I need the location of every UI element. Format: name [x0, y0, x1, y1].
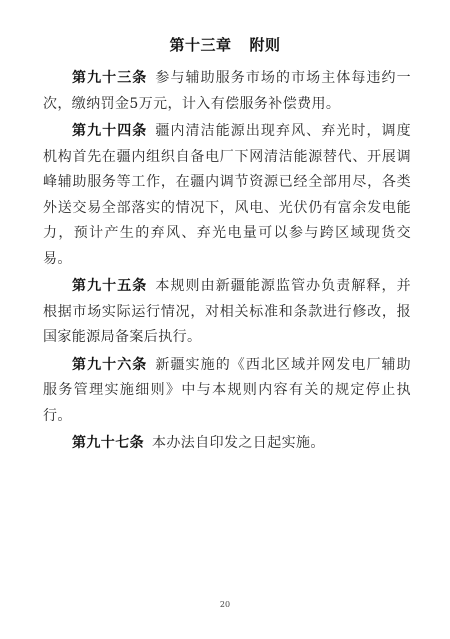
- document-page: 第十三章附则 第九十三条参与辅助服务市场的市场主体每违约一次，缴纳罚金5万元，计…: [0, 0, 450, 639]
- article-text: 本办法自印发之日起实施。: [152, 435, 325, 451]
- chapter-name: 附则: [250, 36, 281, 54]
- chapter-title: 第十三章附则: [0, 34, 450, 55]
- article-97: 第九十七条本办法自印发之日起实施。: [43, 431, 411, 457]
- article-96: 第九十六条新疆实施的《西北区域并网发电厂辅助服务管理实施细则》中与本规则内容有关…: [43, 353, 411, 430]
- article-number: 第九十七条: [72, 435, 144, 451]
- article-text: 疆内清洁能源出现弃风、弃光时，调度机构首先在疆内组织自备电厂下网清洁能源替代、开…: [43, 123, 411, 267]
- article-number: 第九十三条: [72, 70, 147, 86]
- article-95: 第九十五条本规则由新疆能源监管办负责解释，并根据市场实际运行情况，对相关标准和条…: [43, 274, 411, 351]
- article-94: 第九十四条疆内清洁能源出现弃风、弃光时，调度机构首先在疆内组织自备电厂下网清洁能…: [43, 119, 411, 272]
- article-number: 第九十四条: [72, 123, 147, 139]
- chapter-number: 第十三章: [169, 36, 231, 54]
- article-number: 第九十六条: [72, 357, 147, 373]
- page-number: 20: [0, 600, 450, 609]
- article-number: 第九十五条: [72, 278, 147, 294]
- chapter-body: 第九十三条参与辅助服务市场的市场主体每违约一次，缴纳罚金5万元，计入有偿服务补偿…: [43, 66, 411, 459]
- article-93: 第九十三条参与辅助服务市场的市场主体每违约一次，缴纳罚金5万元，计入有偿服务补偿…: [43, 66, 411, 117]
